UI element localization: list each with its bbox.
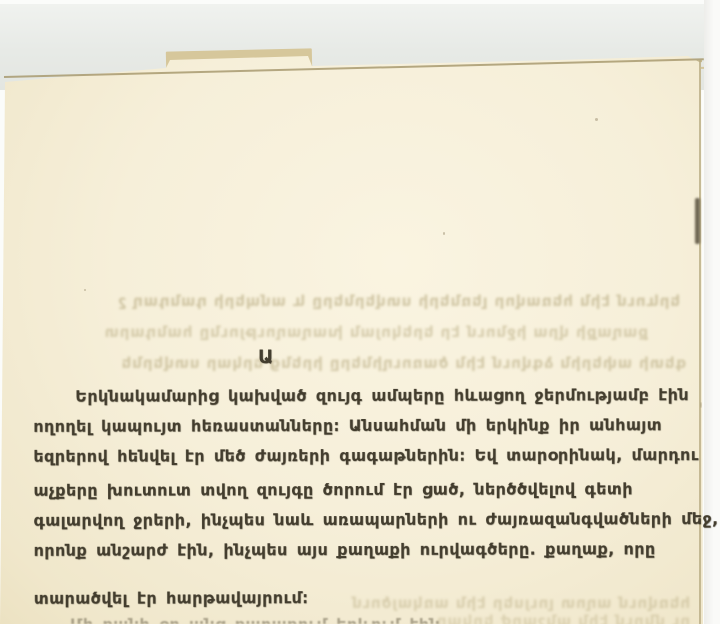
dust-speck	[595, 118, 598, 121]
dust-speck	[443, 232, 445, 235]
scanned-document: երևում էին հեռավոր լեռների ստվերները և ա…	[0, 0, 720, 624]
cut-off-next-line: Մի քանի օր անց քաղաքում երևում էին	[70, 615, 630, 624]
paragraph-line: ողողել կապույտ հեռաստանները։ Անսահման մի…	[33, 415, 713, 441]
paragraph-line: եզրերով հենվել էր մեծ ժայռերի գագաթներին…	[33, 445, 713, 471]
dust-speck	[84, 289, 86, 291]
paragraph-line: տարածվել էր հարթավայրում։	[34, 587, 714, 613]
paragraph-line: Երկնակամարից կախված զույգ ամպերը հևացող …	[33, 385, 720, 411]
dust-speck	[700, 402, 702, 408]
paragraph-line: աչքերը խուտուտ տվող զույգը ծորում էր ցած…	[33, 479, 713, 505]
paragraph: Երկնակամարից կախված զույգ ամպերը հևացող …	[0, 0, 720, 624]
paragraph-line: որոնք անշարժ էին, ինչպես այս քաղաքի ուրվ…	[34, 539, 714, 565]
paragraph-line: գալարվող ջրերի, ինչպես նաև առապարների ու…	[34, 509, 714, 535]
